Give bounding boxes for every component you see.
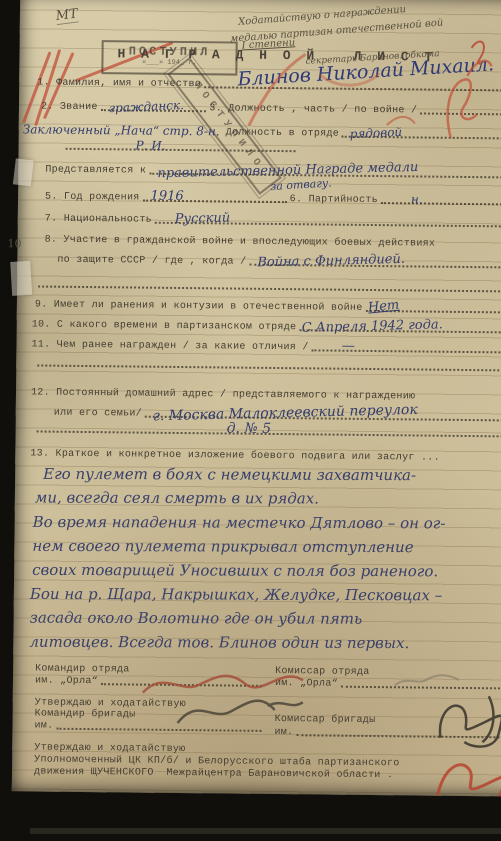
field-7-dots: Русский bbox=[155, 219, 501, 228]
field-1: 1. Фамилия, имя и отчество bbox=[37, 77, 501, 93]
field-4-label: Представляется к bbox=[45, 165, 146, 177]
brigade-commissar-title: Комиссар бригады bbox=[275, 714, 376, 726]
field-7: 7. Национальность Русский bbox=[45, 214, 501, 230]
field-6-dots: н. bbox=[381, 199, 501, 206]
field-2: 2. Звание гражданск. 3. Должность , част… bbox=[41, 102, 501, 118]
field-4-value2: за отвагу. bbox=[270, 176, 332, 193]
field-11-label: 11. Чем ранее награжден / за какие отлич… bbox=[31, 339, 308, 353]
field-3-dots bbox=[420, 109, 501, 115]
field-7-label: 7. Национальность bbox=[45, 214, 152, 226]
field-1-label: 1. Фамилия, имя и отчество bbox=[37, 77, 201, 90]
field-9-dots: Нет bbox=[366, 307, 501, 314]
scanned-document: МТ ПОСТУПИЛ «___» 194_ г. Н А Г Р А Д Н … bbox=[0, 0, 501, 841]
field-3b-value: рядовой bbox=[350, 125, 403, 141]
field-3-subline-value: Р. И. bbox=[136, 139, 166, 153]
otryad-commander-line: им. „Орла“ bbox=[35, 675, 265, 688]
field-3-value-left: Заключенный „Нача“ стр. 8-н. bbox=[23, 122, 220, 138]
field-2-label: 2. Звание bbox=[41, 102, 98, 114]
field-7-value: Русский bbox=[175, 211, 231, 227]
narrative-line: Во время нападения на местечко Дятлово –… bbox=[33, 513, 446, 532]
field-3b-dots: рядовой bbox=[342, 133, 501, 140]
field-12-value2: д. № 5 bbox=[227, 420, 272, 436]
field-8-line2: по защите СССР / где , когда / Война с Ф… bbox=[57, 255, 501, 271]
brigade-commissar-line: им. bbox=[274, 727, 501, 741]
field-9: 9. Имеет ли ранения и контузии в отечест… bbox=[35, 299, 501, 315]
field-5-dots: 1916 bbox=[143, 197, 287, 204]
signature-red-bottom bbox=[437, 765, 501, 797]
scan-bottom-sliver bbox=[30, 828, 501, 834]
field-12-line3: д. № 5 bbox=[34, 427, 501, 439]
otryad-commissar-dots bbox=[341, 683, 501, 690]
award-sheet-paper: МТ ПОСТУПИЛ «___» 194_ г. Н А Г Р А Д Н … bbox=[12, 0, 501, 797]
tape-remnant bbox=[13, 158, 34, 186]
field-11-dots: — bbox=[312, 346, 501, 353]
field-10-label: 10. С какого времени в партизанском отря… bbox=[32, 319, 297, 333]
empty-dotted-line bbox=[35, 282, 501, 294]
field-8-label-line2: по защите СССР / где , когда / bbox=[57, 255, 246, 268]
tape-remnant bbox=[10, 261, 32, 296]
otryad-commander-title: Командир отряда bbox=[35, 663, 130, 675]
field-3-label: 3. Должность , часть / по войне / bbox=[209, 103, 417, 116]
field-12-label-line2: или его семьи/ bbox=[54, 408, 142, 420]
field-12-label-line1: 12. Постоянный домашний адрес / представ… bbox=[31, 387, 415, 402]
margin-note-top-left: МТ bbox=[55, 6, 79, 25]
otryad-commissar-im: им. „Орла“ bbox=[275, 678, 338, 690]
field-11-value: — bbox=[342, 339, 355, 354]
brigade-commissar-dots bbox=[296, 731, 501, 738]
field-8-label-line1: 8. Участие в гражданской войне и впослед… bbox=[45, 235, 436, 250]
field-9-label: 9. Имеет ли ранения и контузии в отечест… bbox=[35, 299, 363, 313]
otryad-commander-dots bbox=[101, 680, 262, 687]
field-8-dots: Война с Финляндией. bbox=[249, 261, 501, 269]
brigade-commissar-im: им. bbox=[274, 727, 293, 738]
brigade-commander-im: им. bbox=[34, 720, 53, 731]
brigade-commander-dots bbox=[56, 725, 261, 732]
field-4: Представляется к правительственной Награ… bbox=[45, 165, 501, 181]
field-3-subline: Р. И. bbox=[63, 145, 299, 154]
otryad-commissar-line: им. „Орла“ bbox=[275, 678, 501, 692]
field-2-dots: гражданск. bbox=[101, 106, 207, 112]
field-5-value: 1916 bbox=[151, 189, 184, 204]
narrative-line: Бои на р. Щара, Накрышках, Желудке, Песк… bbox=[30, 585, 442, 604]
empty-dotted-line bbox=[34, 361, 501, 373]
field-10-value: С Апреля 1942 года. bbox=[301, 317, 442, 335]
field-5: 5. Год рождения 1916 6. Партийность н. bbox=[45, 192, 501, 208]
field-8-value: Война с Финляндией. bbox=[257, 252, 405, 271]
narrative-line: литовцев. Всегда тов. Блинов один из пер… bbox=[29, 633, 409, 652]
field-5-label: 5. Год рождения bbox=[45, 192, 140, 204]
field-13-label: 13. Краткое и конкретное изложение боево… bbox=[30, 448, 440, 463]
field-6-label: 6. Партийность bbox=[290, 194, 378, 206]
margin-page-number: 10 bbox=[7, 237, 21, 250]
field-3-entry: Заключенный „Нача“ стр. 8-н. Должность в… bbox=[23, 122, 501, 141]
field-2-value: гражданск. bbox=[108, 98, 183, 115]
otryad-commander-im: им. „Орла“ bbox=[35, 675, 98, 687]
field-12-dots: г. Москва Малоклеевский переулок bbox=[145, 413, 501, 422]
field-11: 11. Чем ранее награжден / за какие отлич… bbox=[31, 339, 501, 355]
field-10-dots: С Апреля 1942 года. bbox=[299, 326, 501, 333]
otryad-commissar-title: Комиссар отряда bbox=[275, 666, 370, 678]
empty-dots bbox=[38, 283, 501, 293]
narrative-line: своих товарищей Уносивших с поля боз ран… bbox=[32, 561, 438, 580]
field-12-line2: или его семьи/ г. Москва Малоклеевский п… bbox=[54, 408, 501, 424]
empty-dots bbox=[37, 361, 501, 371]
field-10: 10. С какого времени в партизанском отря… bbox=[32, 319, 501, 335]
field-6-value: н. bbox=[411, 192, 423, 206]
field-12-value: г. Москва Малоклеевский переулок bbox=[153, 402, 418, 424]
field-12-line3-dots: д. № 5 bbox=[37, 427, 501, 437]
field-3b-label: Должность в отряде bbox=[226, 127, 340, 139]
narrative-line: Его пулемет в боях с немецкими захватчик… bbox=[43, 465, 416, 484]
brigade-commander-line: им. bbox=[34, 720, 264, 733]
field-9-value: Нет bbox=[367, 298, 400, 316]
narrative-line: засада около Волотино где он убил пять bbox=[30, 609, 363, 628]
narrative-line: нем своего пулемета прикрывал отступлени… bbox=[32, 537, 413, 556]
upolnomochenny-line2: движения ЩУЧЕНСКОГО Межрайцентра Баранов… bbox=[34, 766, 393, 781]
field-1-dots bbox=[204, 83, 501, 91]
narrative-line: ми, всегда сеял смерть в их рядах. bbox=[35, 488, 319, 507]
approve-note-2: Утверждаю и ходатайствую bbox=[34, 742, 185, 755]
brigade-commander-title: Командир бригады bbox=[35, 708, 136, 720]
field-3-subline-dots: Р. И. bbox=[66, 145, 296, 152]
